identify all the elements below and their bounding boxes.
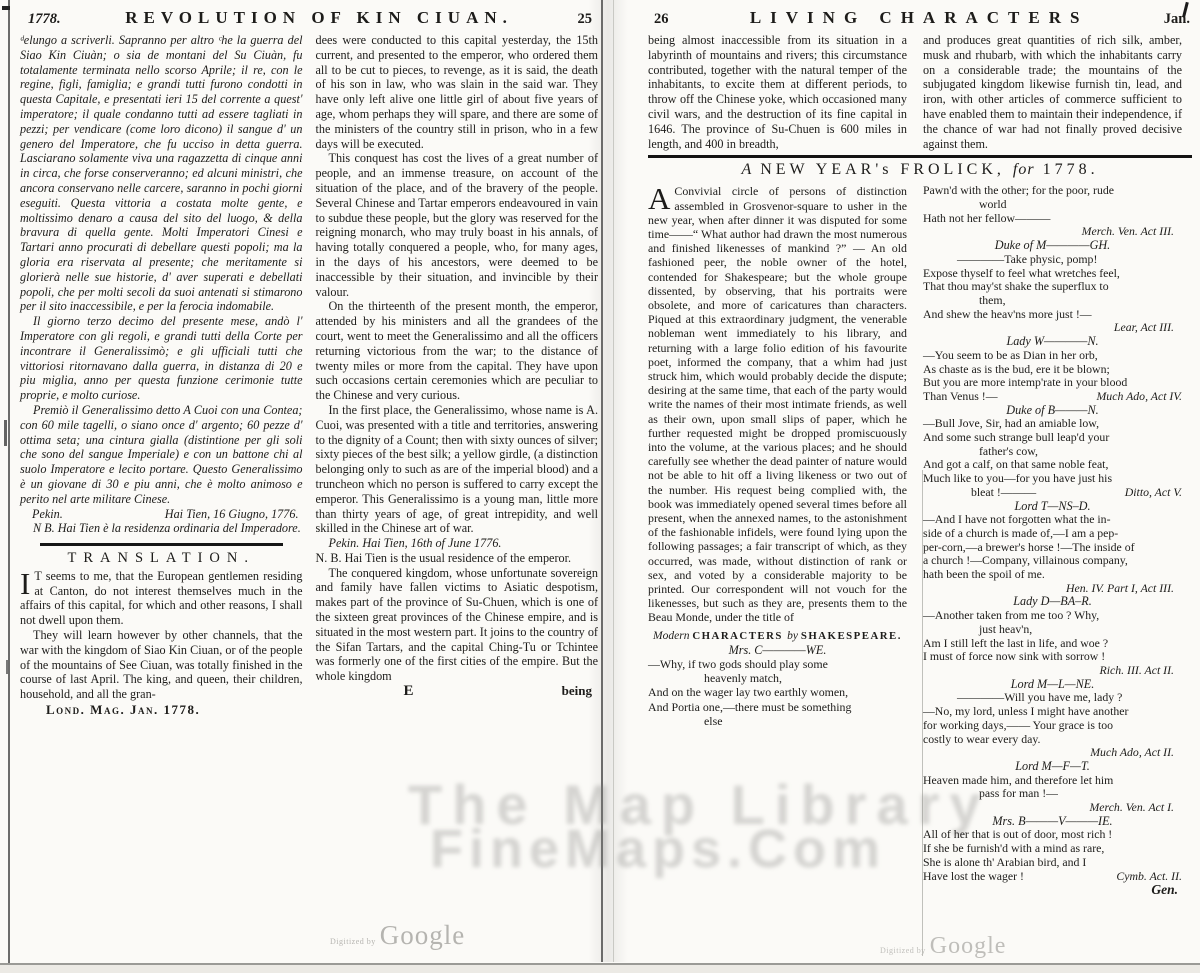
citation: Cymb. Act. II. <box>1116 870 1182 884</box>
paragraph: This conquest has cost the lives of a gr… <box>316 151 599 299</box>
verse-line: costly to wear every day. <box>923 733 1182 747</box>
verse-line: Hath not her fellow——— <box>923 212 1182 226</box>
frolick-column-1: AConvivial circle of persons of distinct… <box>648 184 907 897</box>
character-name: Lord M—F—T. <box>923 760 1182 774</box>
google-watermark-right: Digitized byGoogle <box>880 933 1006 960</box>
verse-line: As chaste as is the bud, ere it be blown… <box>923 363 1182 377</box>
heading-part: SHAKESPEARE. <box>801 630 902 642</box>
verse-text: Than Venus !— <box>923 390 998 404</box>
left-page-number: 25 <box>578 11 599 28</box>
verse-text: Have lost the wager ! <box>923 870 1024 884</box>
verse-line: Hen. IV. Part I, Act III. <box>923 582 1182 596</box>
section-title-initial: A <box>741 161 752 178</box>
verse-line: Rich. III. Act II. <box>923 664 1182 678</box>
verse-line: world <box>923 198 1182 212</box>
character-name: Lady D—BA–R. <box>923 595 1182 609</box>
verse-line: else <box>648 714 907 728</box>
google-watermark-left: Digitized byGoogle <box>330 920 465 951</box>
right-page-number: 26 <box>648 11 675 28</box>
nota-bene: N. B. Hai Tien is the usual residence of… <box>316 551 599 566</box>
verse-line: Have lost the wager !Cymb. Act. II. <box>923 870 1182 884</box>
verse-line: ————Take physic, pomp! <box>923 253 1182 267</box>
character-name: Mrs. C————WE. <box>648 643 907 657</box>
verse-line: And got a calf, on that same noble feat, <box>923 458 1182 472</box>
character-name: Lord T—NS–D. <box>923 500 1182 514</box>
verse-line: Than Venus !—Much Ado, Act IV. <box>923 390 1182 404</box>
verse-line: And Portia one,—there must be something <box>648 700 907 714</box>
character-name: Lady W————N. <box>923 335 1182 349</box>
paragraph: IT seems to me, that the European gentle… <box>20 569 303 628</box>
verse-line: And some such strange bull leap'd your <box>923 431 1182 445</box>
verse-line: heavenly match, <box>648 671 907 685</box>
right-top-column-2: and produces great quantities of rich si… <box>923 33 1182 151</box>
verse-line: All of her that is out of door, most ric… <box>923 828 1182 842</box>
verse-line: bleat !———Ditto, Act V. <box>923 486 1182 500</box>
character-name: Duke of M————GH. <box>923 239 1182 253</box>
scan-speck <box>2 6 10 10</box>
signature-mark: E <box>404 684 414 699</box>
dateline-place: Pekin. <box>32 507 63 522</box>
verse-line: Pawn'd with the other; for the poor, rud… <box>923 184 1182 198</box>
scan-edge-left <box>8 0 10 973</box>
verse-line: per-corn,—a brewer's horse !—The inside … <box>923 541 1182 555</box>
verse-text: bleat !——— <box>971 486 1036 500</box>
left-page-title: REVOLUTION OF KIN CIUAN. <box>61 8 578 28</box>
paragraph: AConvivial circle of persons of distinct… <box>648 184 907 624</box>
verse-line: ————Will you have me, lady ? <box>923 691 1182 705</box>
verse-line: father's cow, <box>923 445 1182 459</box>
section-rule <box>40 543 283 546</box>
scan-speck <box>6 660 8 674</box>
section-title-for: for <box>1013 161 1035 178</box>
paragraph: dees were conducted to this capital yest… <box>316 33 599 151</box>
header-month: Jan. <box>1164 11 1192 28</box>
dateline: Pekin. Hai Tien, 16 Giugno, 1776. <box>20 507 303 522</box>
verse-block: Pawn'd with the other; for the poor, rud… <box>923 184 1182 897</box>
drop-cap: A <box>648 184 674 211</box>
page-left: 1778. REVOLUTION OF KIN CIUAN. 25 ᵈelung… <box>20 8 598 718</box>
verse-line: Expose thyself to feel what wretches fee… <box>923 267 1182 281</box>
verse-line: —Bull Jove, Sir, had an amiable low, <box>923 417 1182 431</box>
character-name: Mrs. B———V———IE. <box>923 815 1182 829</box>
paragraph: being almost inaccessible from its situa… <box>648 33 907 151</box>
nota-bene: N B. Hai Tien è la residenza ordinaria d… <box>20 521 303 536</box>
catchword: Gen. <box>923 883 1182 897</box>
paragraph: They will learn however by other channel… <box>20 628 303 702</box>
section-title-year: 1778. <box>1035 161 1099 178</box>
verse-line: If she be furnish'd with a mind as rare, <box>923 842 1182 856</box>
verse-line: Lear, Act III. <box>923 321 1182 335</box>
right-page-title: LIVING CHARACTERS <box>675 8 1164 28</box>
left-page-header: 1778. REVOLUTION OF KIN CIUAN. 25 <box>20 8 598 28</box>
header-year: 1778. <box>20 11 61 28</box>
frolick-column-2: Pawn'd with the other; for the poor, rud… <box>923 184 1182 897</box>
verse-line: for working days,—— Your grace is too <box>923 719 1182 733</box>
digitized-by-label: Digitized by <box>330 937 376 946</box>
verse-block: Mrs. C————WE.—Why, if two gods should pl… <box>648 643 907 728</box>
section-title: A NEW YEAR's FROLICK, for 1778. <box>648 161 1192 179</box>
verse-line: —You seem to be as Dian in her orb, <box>923 349 1182 363</box>
verse-line: just heav'n, <box>923 623 1182 637</box>
verse-line: Merch. Ven. Act III. <box>923 225 1182 239</box>
verse-line: Much like to you—for you have just his <box>923 472 1182 486</box>
character-name: Lord M—L—NE. <box>923 678 1182 692</box>
scan-speck <box>4 420 7 446</box>
heading-part: CHARACTERS <box>692 630 787 642</box>
paragraph: ᵈelungo a scriverli. Sapranno per altro … <box>20 33 303 314</box>
verse-line: a church !—Company, villainous company, <box>923 554 1182 568</box>
section-title-main: NEW YEAR's FROLICK, <box>752 161 1013 178</box>
paragraph-text: T seems to me, that the European gentlem… <box>20 569 303 627</box>
heading-part: by <box>787 630 801 642</box>
paragraph: Premiò il Generalissimo detto A Cuoi con… <box>20 403 303 507</box>
page-gutter-line <box>601 0 603 962</box>
verse-line: That thou may'st shake the superflux to <box>923 280 1182 294</box>
verse-line: Much Ado, Act II. <box>923 746 1182 760</box>
paragraph: Il giorno terzo decimo del presente mese… <box>20 314 303 403</box>
page-gutter-line-light <box>613 0 614 962</box>
verse-line: pass for man !— <box>923 787 1182 801</box>
dateline-date: Hai Tien, 16 Giugno, 1776. <box>165 507 299 522</box>
verse-line: Heaven made him, and therefore let him <box>923 774 1182 788</box>
modern-characters-heading: Modern CHARACTERS by SHAKESPEARE. <box>648 628 907 643</box>
left-column-english: dees were conducted to this capital yest… <box>316 33 599 718</box>
verse-line: And shew the heav'ns more just !— <box>923 308 1182 322</box>
verse-line: Merch. Ven. Act I. <box>923 801 1182 815</box>
paragraph: and produces great quantities of rich si… <box>923 33 1182 151</box>
drop-cap: I <box>20 569 34 596</box>
verse-line: —Another taken from me too ? Why, <box>923 609 1182 623</box>
paragraph: On the thirteenth of the present month, … <box>316 299 599 403</box>
section-rule <box>648 155 1192 158</box>
verse-line: She is alone th' Arabian bird, and I <box>923 856 1182 870</box>
page-right: 26 LIVING CHARACTERS Jan. being almost i… <box>648 8 1192 897</box>
right-page-header: 26 LIVING CHARACTERS Jan. <box>648 8 1192 28</box>
character-name: Duke of B———N. <box>923 404 1182 418</box>
verse-line: them, <box>923 294 1182 308</box>
verse-line: —And I have not forgotten what the in- <box>923 513 1182 527</box>
verse-line: hath been the spoil of me. <box>923 568 1182 582</box>
signature-row: E being <box>316 684 599 699</box>
verse-line: —No, my lord, unless I might have anothe… <box>923 705 1182 719</box>
verse-line: And on the wager lay two earthly women, <box>648 685 907 699</box>
left-column-italian: ᵈelungo a scriverli. Sapranno per altro … <box>20 33 303 718</box>
google-logo: Google <box>930 933 1007 959</box>
verse-line: Am I still left the last in life, and wo… <box>923 637 1182 651</box>
verse-line: But you are more intemp'rate in your blo… <box>923 376 1182 390</box>
translation-heading: TRANSLATION. <box>20 551 303 566</box>
dateline: Pekin. Hai Tien, 16th of June 1776. <box>316 536 599 551</box>
digitized-by-label: Digitized by <box>880 946 926 955</box>
paragraph-text: Convivial circle of persons of distincti… <box>648 184 907 624</box>
verse-line: side of a church is made of,—I am a pep- <box>923 527 1182 541</box>
citation: Much Ado, Act IV. <box>1096 390 1182 404</box>
heading-part: Modern <box>653 630 692 642</box>
scan-bottom-edge <box>0 963 1200 973</box>
verse-line: I must of force now sink with sorrow ! <box>923 650 1182 664</box>
citation: Ditto, Act V. <box>1125 486 1182 500</box>
paragraph: In the first place, the Generalissimo, w… <box>316 403 599 536</box>
verse-line: —Why, if two gods should play some <box>648 657 907 671</box>
paragraph: The conquered kingdom, whose unfortunate… <box>316 566 599 684</box>
magazine-footer: Lond. Mag. Jan. 1778. <box>20 703 303 718</box>
google-logo: Google <box>380 920 465 950</box>
right-top-column-1: being almost inaccessible from its situa… <box>648 33 907 151</box>
catchword: being <box>562 684 592 699</box>
